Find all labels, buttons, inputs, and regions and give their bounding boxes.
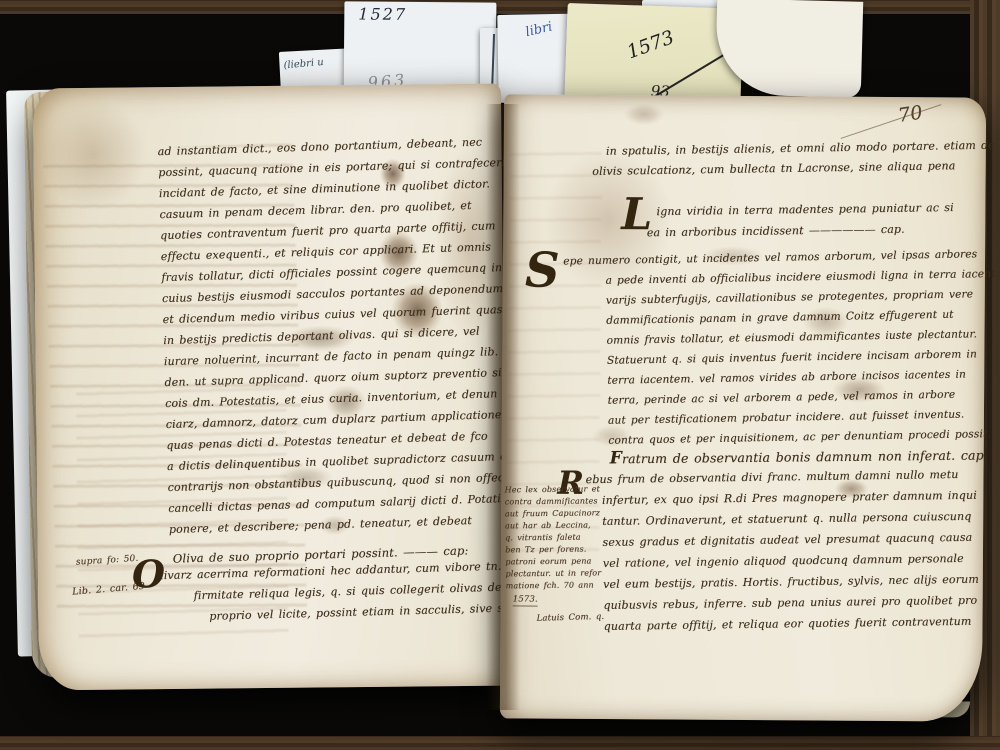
right-margin-note: Hec lex observatur etcontra dammificante… <box>505 484 620 593</box>
manuscript-photo: (liebri u 1527 963 libri 1573 93 ad inst… <box>0 0 1000 750</box>
ligna-paragraph: igna viridia in terra madentes pena puni… <box>643 200 1000 247</box>
left-page: ad instantiam dict., eos dono portantium… <box>33 84 507 691</box>
right-margin-note-signature: Latuis Com. q. <box>536 612 604 624</box>
right-page-paragraph-continuation: in spatulis, in bestijs alienis, et omni… <box>592 139 979 185</box>
sepe-dropcap: S <box>525 246 560 294</box>
left-page-text: ad instantiam dict., eos dono portantium… <box>157 135 509 544</box>
fratrum-heading: Fratrum de observantia bonis damnum non … <box>610 446 988 467</box>
right-page: 70 in spatulis, in bestijs alienis, et o… <box>500 94 986 721</box>
wood-table-bottom-edge <box>0 736 1000 750</box>
manuscript-text-line: matione fch. 70 ann <box>506 580 620 593</box>
oliva-paragraph: livarz acerrima reformationi hec addantu… <box>160 560 492 632</box>
rebus-paragraph: ebus frum de observantia divi franc. mul… <box>598 468 986 641</box>
slip-liebri-label: (liebri u <box>283 57 324 71</box>
manuscript-text-line: ea in arboribus incidissent —————— cap. <box>647 221 1000 247</box>
slip-libri-label: libri <box>524 19 554 40</box>
manuscript-text-line: quarta parte offitij, et reliqua eor quo… <box>604 615 986 641</box>
tab-1527-label: 1527 <box>358 4 407 23</box>
corner-stain <box>23 79 165 230</box>
sepe-paragraph: epe numero contigit, ut incidentes vel r… <box>593 248 982 455</box>
pen-flourish-line <box>841 104 942 139</box>
ink-blot <box>624 103 664 125</box>
right-margin-note-year: 1573. <box>513 594 538 606</box>
fratrum-heading-text: ratrum de observantia bonis damnum non i… <box>622 447 988 466</box>
fratrum-initial: F <box>610 448 622 468</box>
tab-1573-year: 1573 <box>624 26 677 63</box>
